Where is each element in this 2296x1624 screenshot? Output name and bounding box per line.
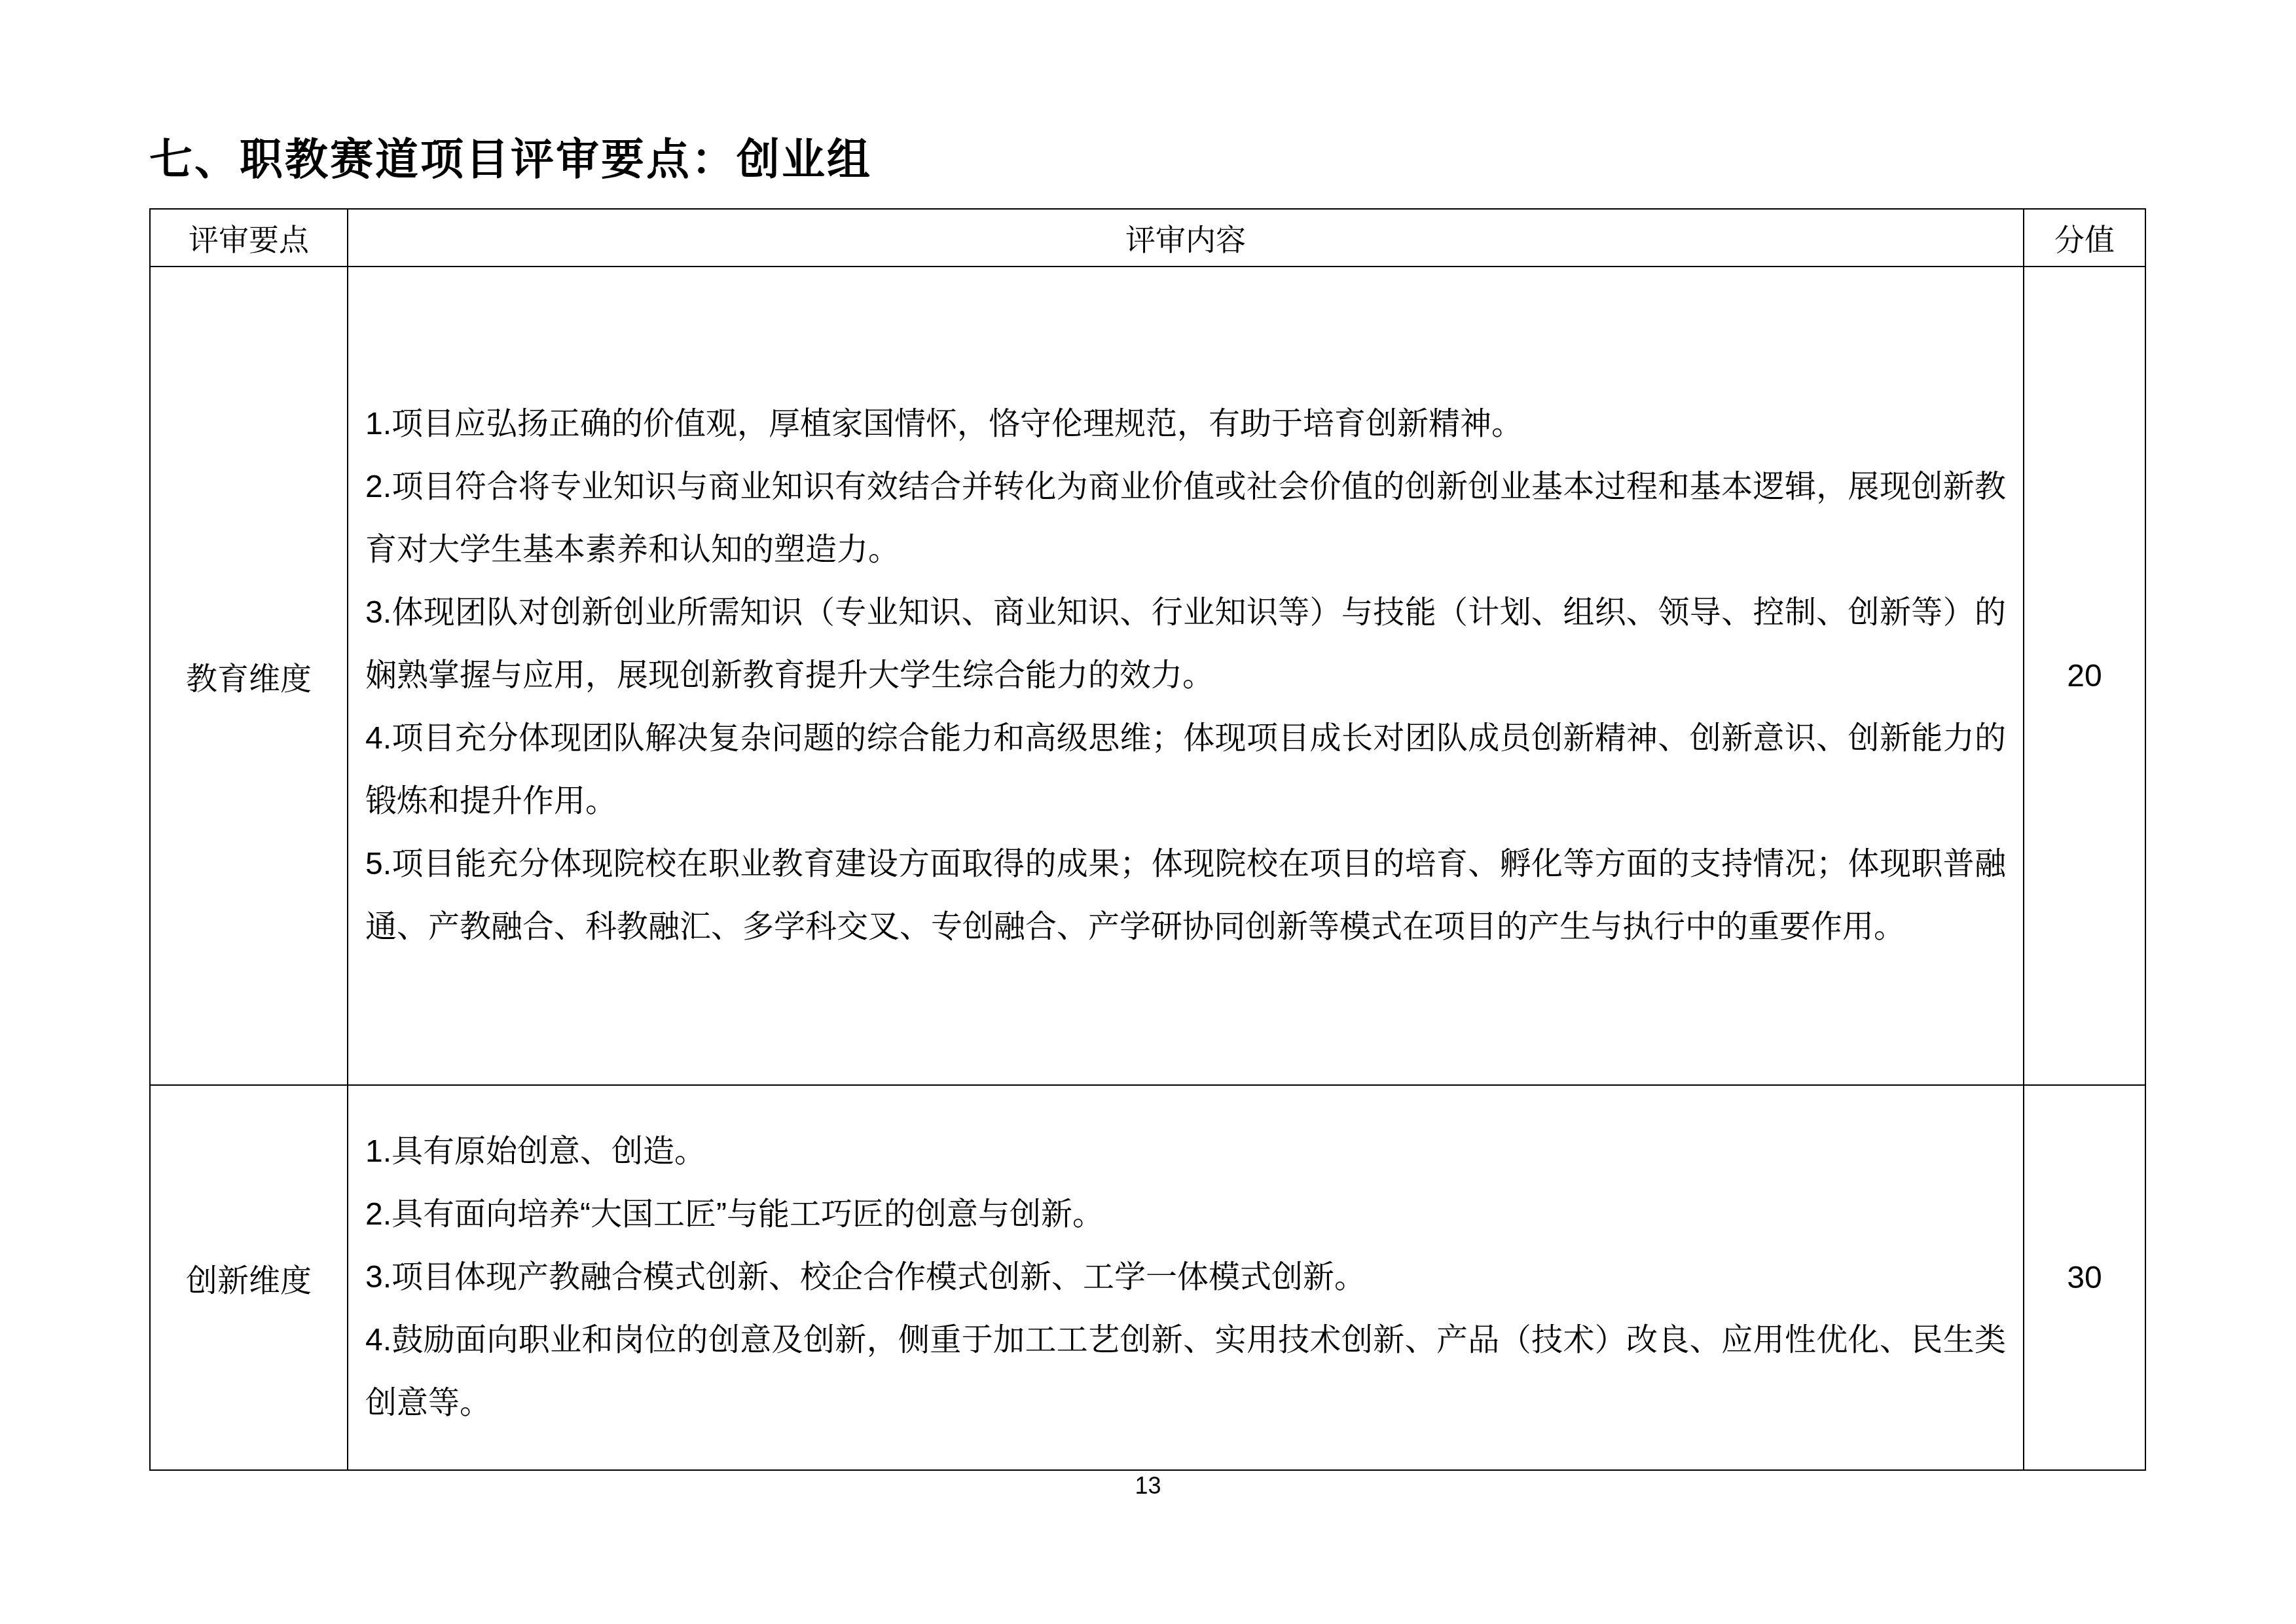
- score-value: 30: [2024, 1085, 2145, 1470]
- header-score: 分值: [2024, 209, 2145, 267]
- review-item: 4.鼓励面向职业和岗位的创意及创新，侧重于加工工艺创新、实用技术创新、产品（技术…: [365, 1309, 2006, 1435]
- page-title: 七、职教赛道项目评审要点：创业组: [149, 124, 872, 187]
- review-item: 1.项目应弘扬正确的价值观，厚植家国情怀，恪守伦理规范，有助于培育创新精神。: [365, 393, 2006, 456]
- review-item: 3.项目体现产教融合模式创新、校企合作模式创新、工学一体模式创新。: [365, 1246, 2006, 1309]
- review-content-cell: 1.项目应弘扬正确的价值观，厚植家国情怀，恪守伦理规范，有助于培育创新精神。2.…: [348, 267, 2024, 1085]
- document-page: 七、职教赛道项目评审要点：创业组 评审要点 评审内容 分值 教育维度1.项目应弘…: [0, 0, 2296, 1624]
- header-review-content: 评审内容: [348, 209, 2024, 267]
- review-item: 2.具有面向培养“大国工匠”与能工巧匠的创意与创新。: [365, 1183, 2006, 1246]
- review-item: 2.项目符合将专业知识与商业知识有效结合并转化为商业价值或社会价值的创新创业基本…: [365, 456, 2006, 581]
- review-item: 1.具有原始创意、创造。: [365, 1120, 2006, 1183]
- header-review-points: 评审要点: [150, 209, 348, 267]
- table-row: 教育维度1.项目应弘扬正确的价值观，厚植家国情怀，恪守伦理规范，有助于培育创新精…: [150, 267, 2145, 1085]
- review-item: 5.项目能充分体现院校在职业教育建设方面取得的成果；体现院校在项目的培育、孵化等…: [365, 833, 2006, 959]
- dimension-label: 创新维度: [150, 1085, 348, 1470]
- table-header-row: 评审要点 评审内容 分值: [150, 209, 2145, 267]
- page-number: 13: [0, 1472, 2296, 1500]
- review-table: 评审要点 评审内容 分值 教育维度1.项目应弘扬正确的价值观，厚植家国情怀，恪守…: [149, 208, 2146, 1471]
- review-item: 4.项目充分体现团队解决复杂问题的综合能力和高级思维；体现项目成长对团队成员创新…: [365, 707, 2006, 833]
- score-value: 20: [2024, 267, 2145, 1085]
- review-item: 3.体现团队对创新创业所需知识（专业知识、商业知识、行业知识等）与技能（计划、组…: [365, 581, 2006, 707]
- review-content-cell: 1.具有原始创意、创造。2.具有面向培养“大国工匠”与能工巧匠的创意与创新。3.…: [348, 1085, 2024, 1470]
- dimension-label: 教育维度: [150, 267, 348, 1085]
- table-row: 创新维度1.具有原始创意、创造。2.具有面向培养“大国工匠”与能工巧匠的创意与创…: [150, 1085, 2145, 1470]
